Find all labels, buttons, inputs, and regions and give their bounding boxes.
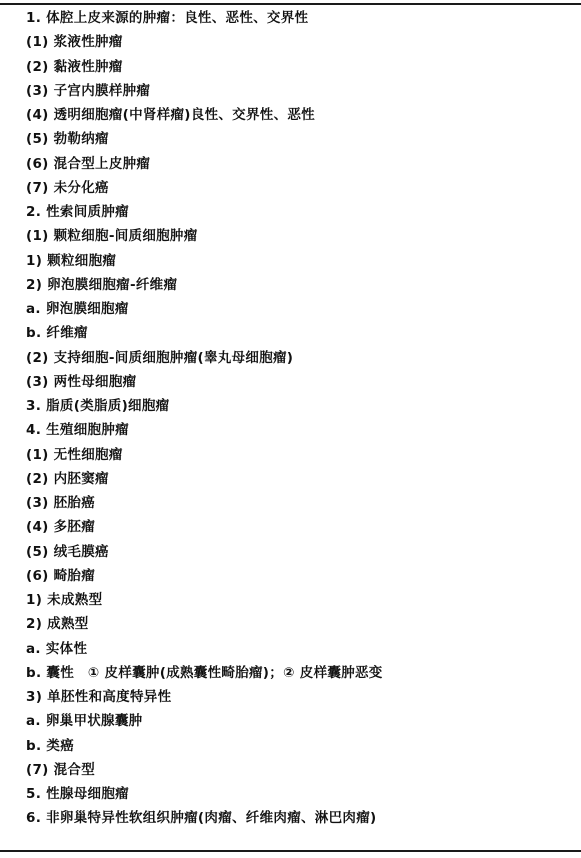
list-item: (5) 勃勒纳瘤 xyxy=(26,127,383,151)
list-item: (4) 透明细胞瘤(中肾样瘤)良性、交界性、恶性 xyxy=(26,103,383,127)
list-item: (6) 混合型上皮肿瘤 xyxy=(26,152,383,176)
list-item: (5) 绒毛膜癌 xyxy=(26,540,383,564)
list-item: 3. 脂质(类脂质)细胞瘤 xyxy=(26,394,383,418)
list-item: a. 卵巢甲状腺囊肿 xyxy=(26,709,383,733)
list-item: (6) 畸胎瘤 xyxy=(26,564,383,588)
list-item: (4) 多胚瘤 xyxy=(26,515,383,539)
list-item: (1) 无性细胞瘤 xyxy=(26,443,383,467)
list-item: 5. 性腺母细胞瘤 xyxy=(26,782,383,806)
list-item: (3) 子宫内膜样肿瘤 xyxy=(26,79,383,103)
list-item: a. 卵泡膜细胞瘤 xyxy=(26,297,383,321)
list-item: (3) 两性母细胞瘤 xyxy=(26,370,383,394)
list-item: 2) 卵泡膜细胞瘤-纤维瘤 xyxy=(26,273,383,297)
list-item: (2) 黏液性肿瘤 xyxy=(26,55,383,79)
list-item: (3) 胚胎癌 xyxy=(26,491,383,515)
list-item: (1) 颗粒细胞-间质细胞肿瘤 xyxy=(26,224,383,248)
list-item: (1) 浆液性肿瘤 xyxy=(26,30,383,54)
bottom-rule xyxy=(0,850,581,852)
list-item: (2) 内胚窦瘤 xyxy=(26,467,383,491)
list-item: 1) 颗粒细胞瘤 xyxy=(26,249,383,273)
list-item: 2) 成熟型 xyxy=(26,612,383,636)
list-item: 3) 单胚性和高度特异性 xyxy=(26,685,383,709)
list-item: (7) 未分化癌 xyxy=(26,176,383,200)
list-item: 4. 生殖细胞肿瘤 xyxy=(26,418,383,442)
list-item: 2. 性索间质肿瘤 xyxy=(26,200,383,224)
top-rule xyxy=(0,3,581,5)
list-item: (2) 支持细胞-间质细胞肿瘤(睾丸母细胞瘤) xyxy=(26,346,383,370)
list-item: b. 囊性 ① 皮样囊肿(成熟囊性畸胎瘤)；② 皮样囊肿恶变 xyxy=(26,661,383,685)
list-item: 1) 未成熟型 xyxy=(26,588,383,612)
list-item: b. 类癌 xyxy=(26,734,383,758)
tumor-classification-list: 1. 体腔上皮来源的肿瘤：良性、恶性、交界性 (1) 浆液性肿瘤 (2) 黏液性… xyxy=(26,6,383,831)
list-item: a. 实体性 xyxy=(26,637,383,661)
list-item: b. 纤维瘤 xyxy=(26,321,383,345)
list-item: 6. 非卵巢特异性软组织肿瘤(肉瘤、纤维肉瘤、淋巴肉瘤) xyxy=(26,806,383,830)
list-item: 1. 体腔上皮来源的肿瘤：良性、恶性、交界性 xyxy=(26,6,383,30)
list-item: (7) 混合型 xyxy=(26,758,383,782)
